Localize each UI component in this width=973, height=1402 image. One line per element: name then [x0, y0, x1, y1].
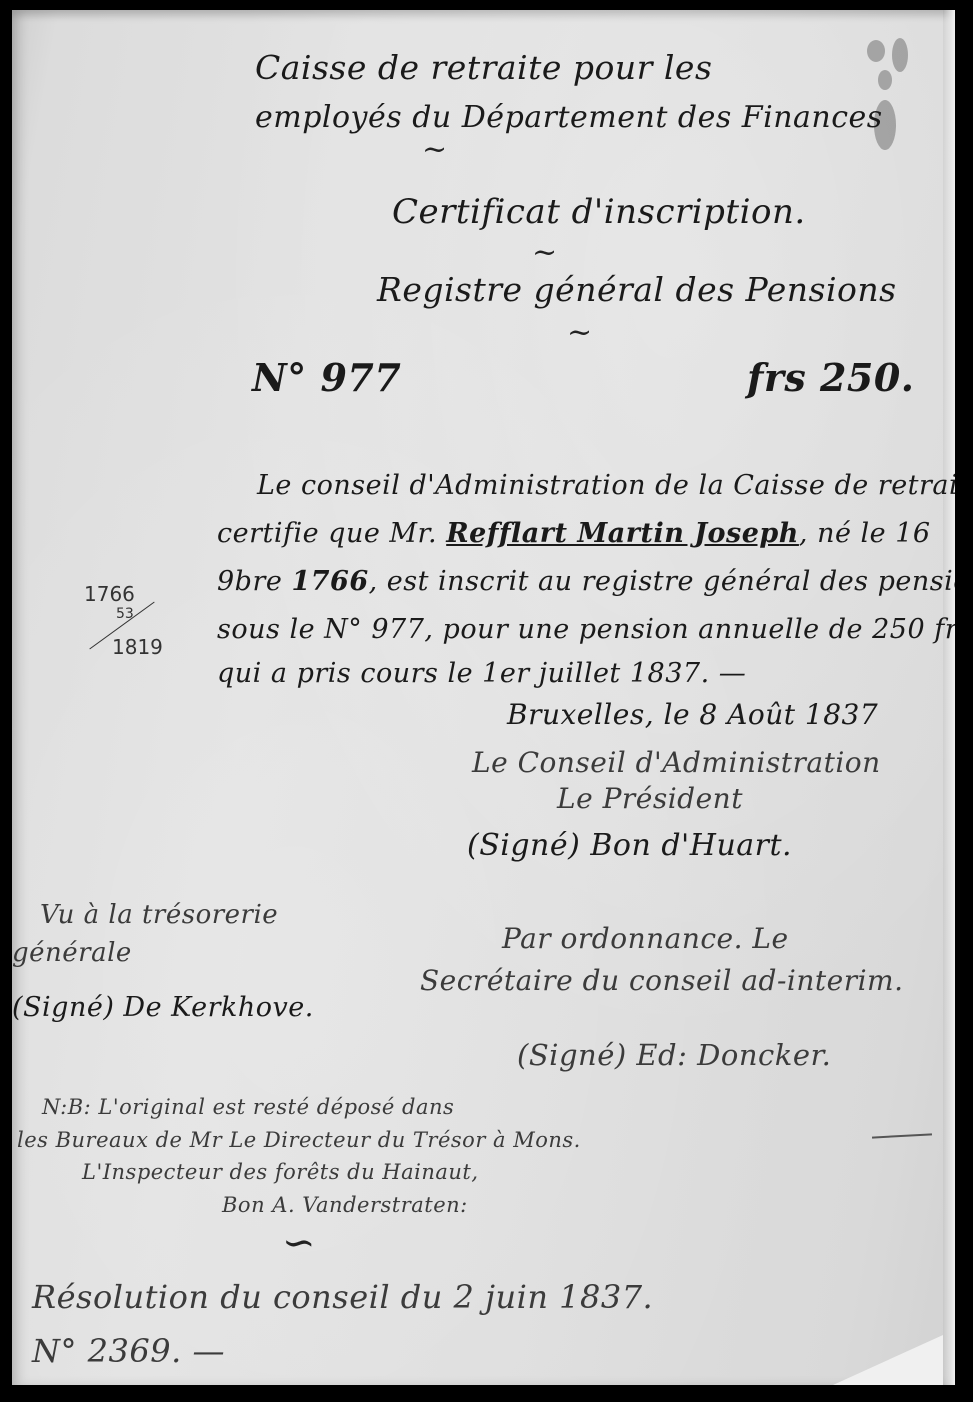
signature-flourish: ∽: [282, 1220, 316, 1266]
header-line-1: Caisse de retraite pour les: [255, 48, 712, 87]
secretary-line-1: Par ordonnance. Le: [502, 922, 789, 955]
page-right-edge: [943, 10, 955, 1385]
birth-year: 1766: [291, 566, 368, 597]
place-date: Bruxelles, le 8 Août 1837: [507, 698, 878, 731]
ink-stain: [892, 38, 908, 72]
margin-calc-sub: 53: [116, 606, 134, 622]
pensioner-name: Refflart Martin Joseph: [446, 518, 799, 549]
resolution-line: Résolution du conseil du 2 juin 1837.: [32, 1278, 653, 1316]
body-line-1: Le conseil d'Administration de la Caisse…: [257, 470, 955, 501]
margin-calc-top: 1766: [84, 582, 135, 606]
body-line-2-prefix: certifie que Mr.: [217, 518, 437, 549]
council-title: Le Conseil d'Administration: [472, 746, 881, 779]
nb-line-1: N:B: L'original est resté déposé dans: [42, 1095, 454, 1119]
nb-line-3: L'Inspecteur des forêts du Hainaut,: [82, 1160, 479, 1184]
certificate-number: N° 977: [252, 355, 401, 400]
pension-amount: frs 250.: [747, 355, 915, 400]
body-line-5: qui a pris cours le 1er juillet 1837. —: [217, 658, 746, 689]
treasury-line-2: générale: [12, 938, 132, 968]
president-signature: (Signé) Bon d'Huart.: [467, 828, 792, 863]
treasury-line-1: Vu à la trésorerie: [40, 900, 278, 930]
body-line-2: certifie que Mr. Refflart Martin Joseph,…: [217, 518, 931, 549]
birth-month: 9bre: [217, 566, 282, 597]
president-title: Le Président: [557, 782, 743, 815]
body-line-3: 9bre 1766, est inscrit au registre génér…: [217, 566, 955, 597]
flourish: ~: [422, 132, 447, 167]
header-line-2: employés du Département des Finances: [255, 100, 883, 135]
folded-corner: [833, 1335, 943, 1385]
nb-signature: Bon A. Vanderstraten:: [222, 1193, 468, 1217]
body-line-2-suffix: , né le 16: [799, 518, 931, 549]
nb-line-2: les Bureaux de Mr Le Directeur du Trésor…: [17, 1128, 581, 1152]
flourish: ~: [532, 235, 557, 270]
register-title: Registre général des Pensions: [377, 270, 897, 309]
document-page: Caisse de retraite pour les employés du …: [12, 10, 955, 1385]
secretary-signature: (Signé) Ed: Doncker.: [517, 1038, 831, 1072]
resolution-number: N° 2369. —: [32, 1332, 225, 1370]
body-line-4: sous le N° 977, pour une pension annuell…: [217, 614, 955, 645]
paper-tear: [872, 1133, 932, 1138]
flourish: ~: [567, 315, 592, 350]
treasury-signature: (Signé) De Kerkhove.: [12, 992, 314, 1023]
secretary-line-2: Secrétaire du conseil ad-interim.: [420, 964, 904, 997]
body-line-3-suffix: , est inscrit au registre général des pe…: [369, 566, 955, 597]
ink-stain: [878, 70, 892, 90]
ink-stain: [867, 40, 885, 62]
certificate-title: Certificat d'inscription.: [392, 192, 806, 232]
margin-calc-bottom: 1819: [112, 635, 163, 659]
